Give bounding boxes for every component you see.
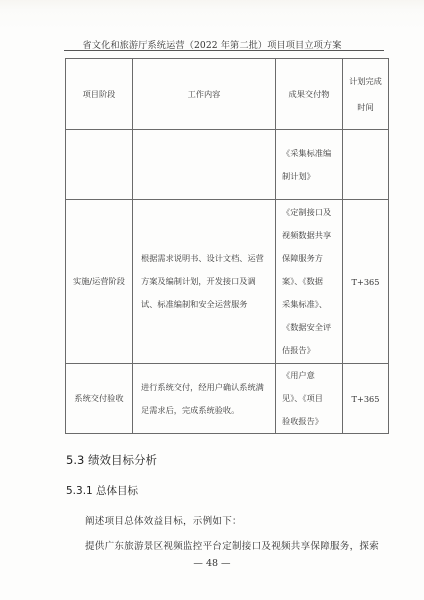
paragraph: 提供广东旅游景区视频监控平台定制接口及视频共享保障服务，探索 <box>85 538 379 552</box>
content-line: 进行系统交付，经用户确认系统满 <box>141 376 275 399</box>
content-line: 试、标准编制和安全运营服务 <box>141 293 275 316</box>
section-heading-5-3: 5.3 绩效目标分析 <box>66 452 157 468</box>
deliverable-line: 保障服务方 <box>282 247 342 270</box>
col-header-time-line2: 时间 <box>343 94 388 120</box>
content-line: 根据需求说明书、设计文档、运营 <box>141 247 275 270</box>
deliverable-line: 《用户意 <box>282 364 342 387</box>
deliverable-line: 视频数据共享 <box>282 224 342 247</box>
content-line: 方案及编制计划，开发接口及调 <box>141 270 275 293</box>
table-header-row: 项目阶段 工作内容 成果交付物 计划完成 时间 <box>66 59 389 130</box>
table-row: 系统交付验收 进行系统交付，经用户确认系统满 足需求后，完成系统验收。 《用户意… <box>66 364 389 434</box>
deliverable-line: 《数据安全评 <box>282 316 342 339</box>
deliverable-line: 制计划》 <box>282 165 342 188</box>
cell-deliverable: 《用户意 见》、《项目 验收报告》 <box>276 364 343 434</box>
paragraph: 阐述项目总体效益目标，示例如下： <box>85 513 242 527</box>
col-header-time-line1: 计划完成 <box>343 68 388 94</box>
cell-content: 进行系统交付，经用户确认系统满 足需求后，完成系统验收。 <box>133 364 276 434</box>
cell-phase: 系统交付验收 <box>66 364 133 434</box>
col-header-phase: 项目阶段 <box>66 59 133 130</box>
cell-phase: 实施/运营阶段 <box>66 200 133 364</box>
cell-content: 根据需求说明书、设计文档、运营 方案及编制计划，开发接口及调 试、标准编制和安全… <box>133 200 276 364</box>
cell-deliverable: 《采集标准编 制计划》 <box>276 130 343 200</box>
deliverable-line: 《定制接口及 <box>282 201 342 224</box>
cell-time: T+365 <box>343 364 389 434</box>
col-header-deliverable: 成果交付物 <box>276 59 343 130</box>
content-line: 足需求后，完成系统验收。 <box>141 399 275 422</box>
section-heading-5-3-1: 5.3.1 总体目标 <box>66 483 138 498</box>
deliverable-line: 案》、《数据 <box>282 270 342 293</box>
cell-time <box>343 130 389 200</box>
deliverable-line: 采集标准》、 <box>282 293 342 316</box>
deliverable-line: 见》、《项目 <box>282 387 342 410</box>
deliverable-line: 估报告》 <box>282 339 342 362</box>
cell-time: T+365 <box>343 200 389 364</box>
running-header-title: 省文化和旅游厅系统运营（2022 年第二批）项目项目立项方案 <box>0 37 424 51</box>
deliverable-line: 《采集标准编 <box>282 142 342 165</box>
deliverables-table: 项目阶段 工作内容 成果交付物 计划完成 时间 《采集标准编 制计划》 实施/运… <box>65 58 389 434</box>
cell-deliverable: 《定制接口及 视频数据共享 保障服务方 案》、《数据 采集标准》、 《数据安全评… <box>276 200 343 364</box>
page-number: — 48 — <box>0 558 424 569</box>
col-header-time: 计划完成 时间 <box>343 59 389 130</box>
table-row: 实施/运营阶段 根据需求说明书、设计文档、运营 方案及编制计划，开发接口及调 试… <box>66 200 389 364</box>
cell-phase <box>66 130 133 200</box>
cell-content <box>133 130 276 200</box>
table-row: 《采集标准编 制计划》 <box>66 130 389 200</box>
header-rule <box>64 50 384 51</box>
col-header-content: 工作内容 <box>133 59 276 130</box>
deliverable-line: 验收报告》 <box>282 410 342 433</box>
document-page: 省文化和旅游厅系统运营（2022 年第二批）项目项目立项方案 项目阶段 工作内容… <box>0 0 424 600</box>
